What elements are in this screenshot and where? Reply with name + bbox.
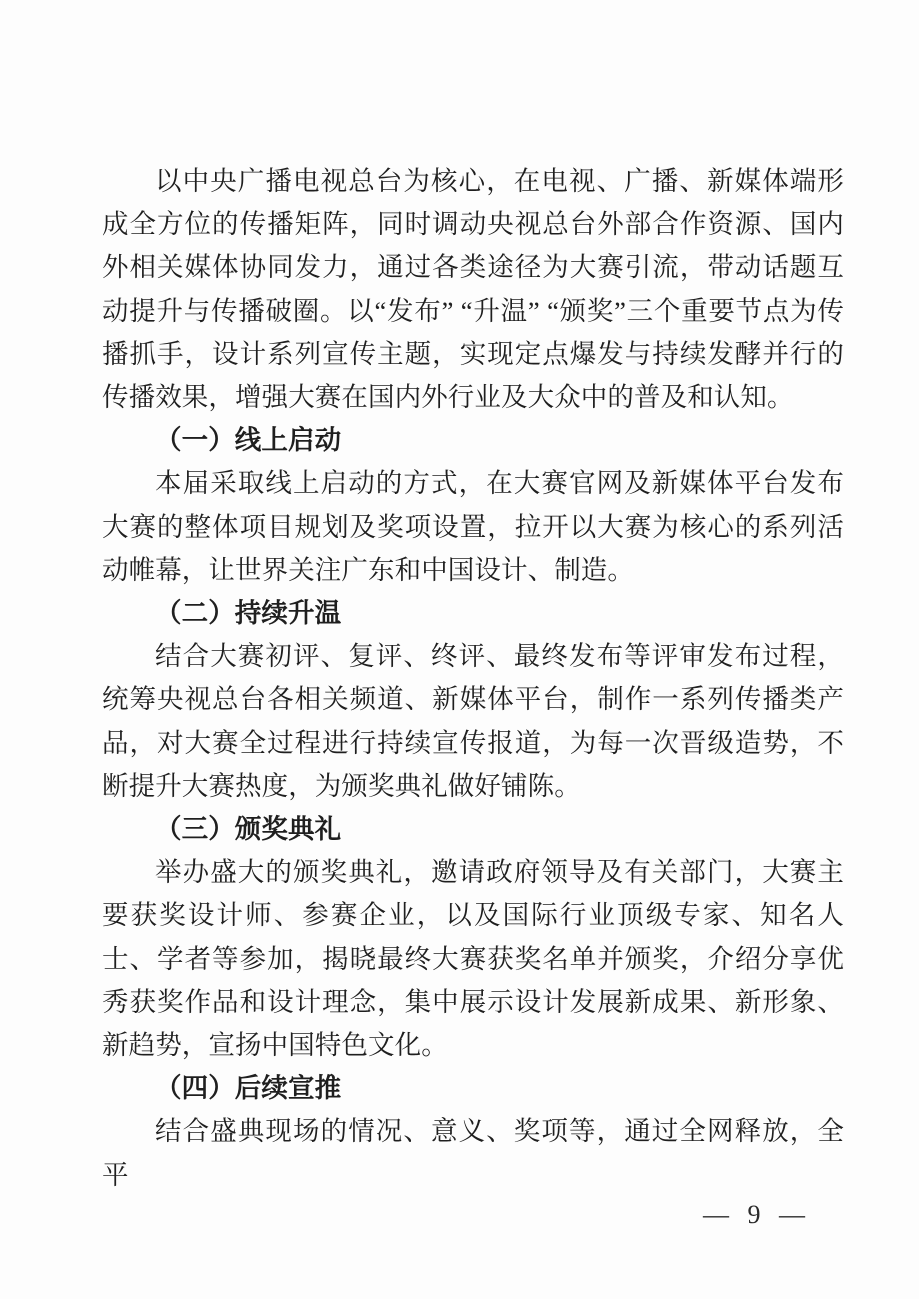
- section-heading: （一）线上启动: [102, 419, 844, 462]
- document-page: 以中央广播电视总台为核心，在电视、广播、新媒体端形成全方位的传播矩阵，同时调动央…: [0, 0, 919, 1299]
- document-body: 以中央广播电视总台为核心，在电视、广播、新媒体端形成全方位的传播矩阵，同时调动央…: [102, 160, 844, 1197]
- body-paragraph: 结合盛典现场的情况、意义、奖项等，通过全网释放，全平: [102, 1110, 844, 1196]
- body-paragraph: 举办盛大的颁奖典礼，邀请政府领导及有关部门，大赛主要获奖设计师、参赛企业，以及国…: [102, 851, 844, 1067]
- page-number: — 9 —: [703, 1200, 811, 1230]
- body-paragraph: 本届采取线上启动的方式，在大赛官网及新媒体平台发布大赛的整体项目规划及奖项设置，…: [102, 462, 844, 592]
- section-heading: （三）颁奖典礼: [102, 808, 844, 851]
- section-heading: （四）后续宣推: [102, 1067, 844, 1110]
- body-paragraph: 结合大赛初评、复评、终评、最终发布等评审发布过程，统筹央视总台各相关频道、新媒体…: [102, 635, 844, 808]
- body-paragraph: 以中央广播电视总台为核心，在电视、广播、新媒体端形成全方位的传播矩阵，同时调动央…: [102, 160, 844, 419]
- section-heading: （二）持续升温: [102, 592, 844, 635]
